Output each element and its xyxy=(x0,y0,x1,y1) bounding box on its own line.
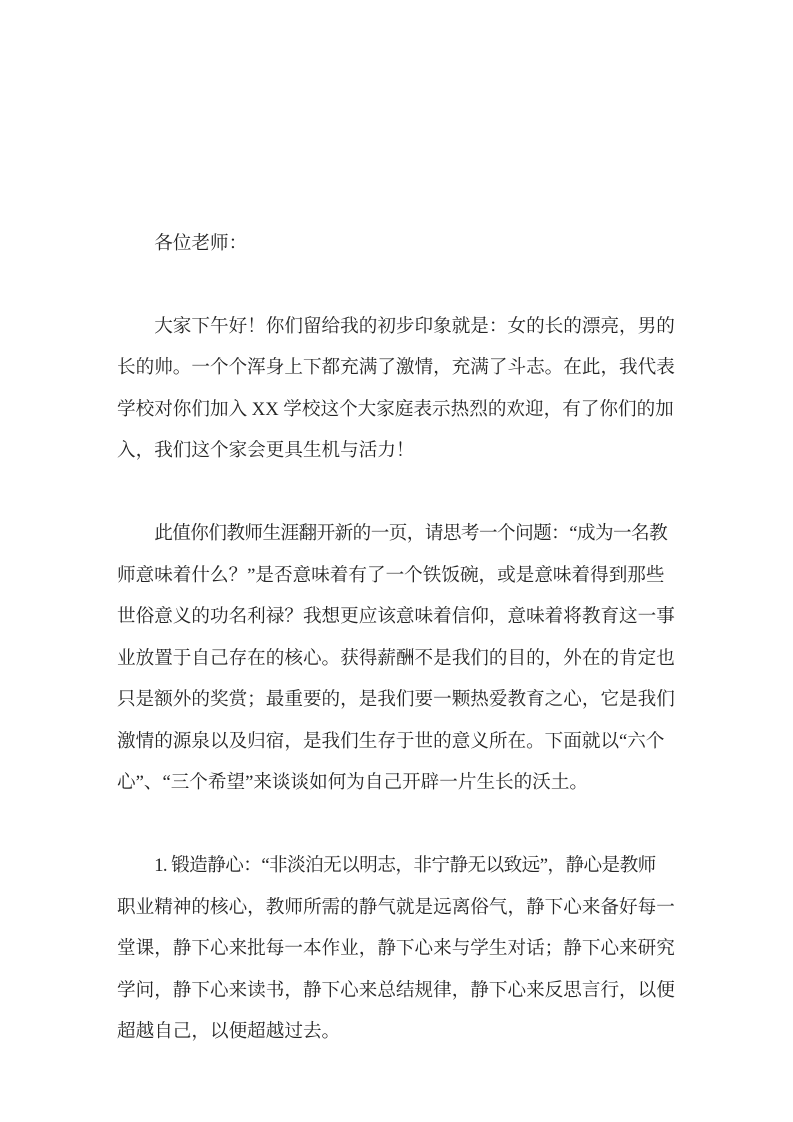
text-line: 大家下午好！你们留给我的初步印象就是：女的长的漂亮，男的 xyxy=(117,306,677,348)
text-line: 激情的源泉以及归宿，是我们生存于世的意义所在。下面就以“六个 xyxy=(117,721,677,763)
text-line: 各位老师： xyxy=(117,223,677,265)
text-content: 各位老师： 大家下午好！你们留给我的初步印象就是：女的长的漂亮，男的 长的帅。一… xyxy=(117,181,677,1071)
text-line: 业放置于自己存在的核心。获得薪酬不是我们的目的，外在的肯定也 xyxy=(117,638,677,680)
text-line: 师意味着什么？”是否意味着有了一个铁饭碗，或是意味着得到那些 xyxy=(117,555,677,597)
text-line: 超越自己，以便超越过去。 xyxy=(117,1011,677,1053)
text-line: 心”、“三个希望”来谈谈如何为自己开辟一片生长的沃土。 xyxy=(117,762,677,804)
text-line: 1. 锻造静心：“非淡泊无以明志，非宁静无以致远”，静心是教师 xyxy=(117,845,677,887)
document-page: 各位老师： 大家下午好！你们留给我的初步印象就是：女的长的漂亮，男的 长的帅。一… xyxy=(0,0,793,1122)
text-line: 学校对你们加入 XX 学校这个大家庭表示热烈的欢迎，有了你们的加 xyxy=(117,389,677,431)
text-line: 入，我们这个家会更具生机与活力！ xyxy=(117,430,677,472)
text-line: 世俗意义的功名利禄？我想更应该意味着信仰，意味着将教育这一事 xyxy=(117,596,677,638)
text-line: 职业精神的核心，教师所需的静气就是远离俗气，静下心来备好每一 xyxy=(117,887,677,929)
text-line: 堂课，静下心来批每一本作业，静下心来与学生对话；静下心来研究 xyxy=(117,928,677,970)
text-line: 此值你们教师生涯翻开新的一页，请思考一个问题：“成为一名教 xyxy=(117,513,677,555)
text-line: 长的帅。一个个浑身上下都充满了激情，充满了斗志。在此，我代表 xyxy=(117,347,677,389)
text-line: 只是额外的奖赏；最重要的，是我们要一颗热爱教育之心，它是我们 xyxy=(117,679,677,721)
text-line: 学问，静下心来读书，静下心来总结规律，静下心来反思言行，以便 xyxy=(117,970,677,1012)
